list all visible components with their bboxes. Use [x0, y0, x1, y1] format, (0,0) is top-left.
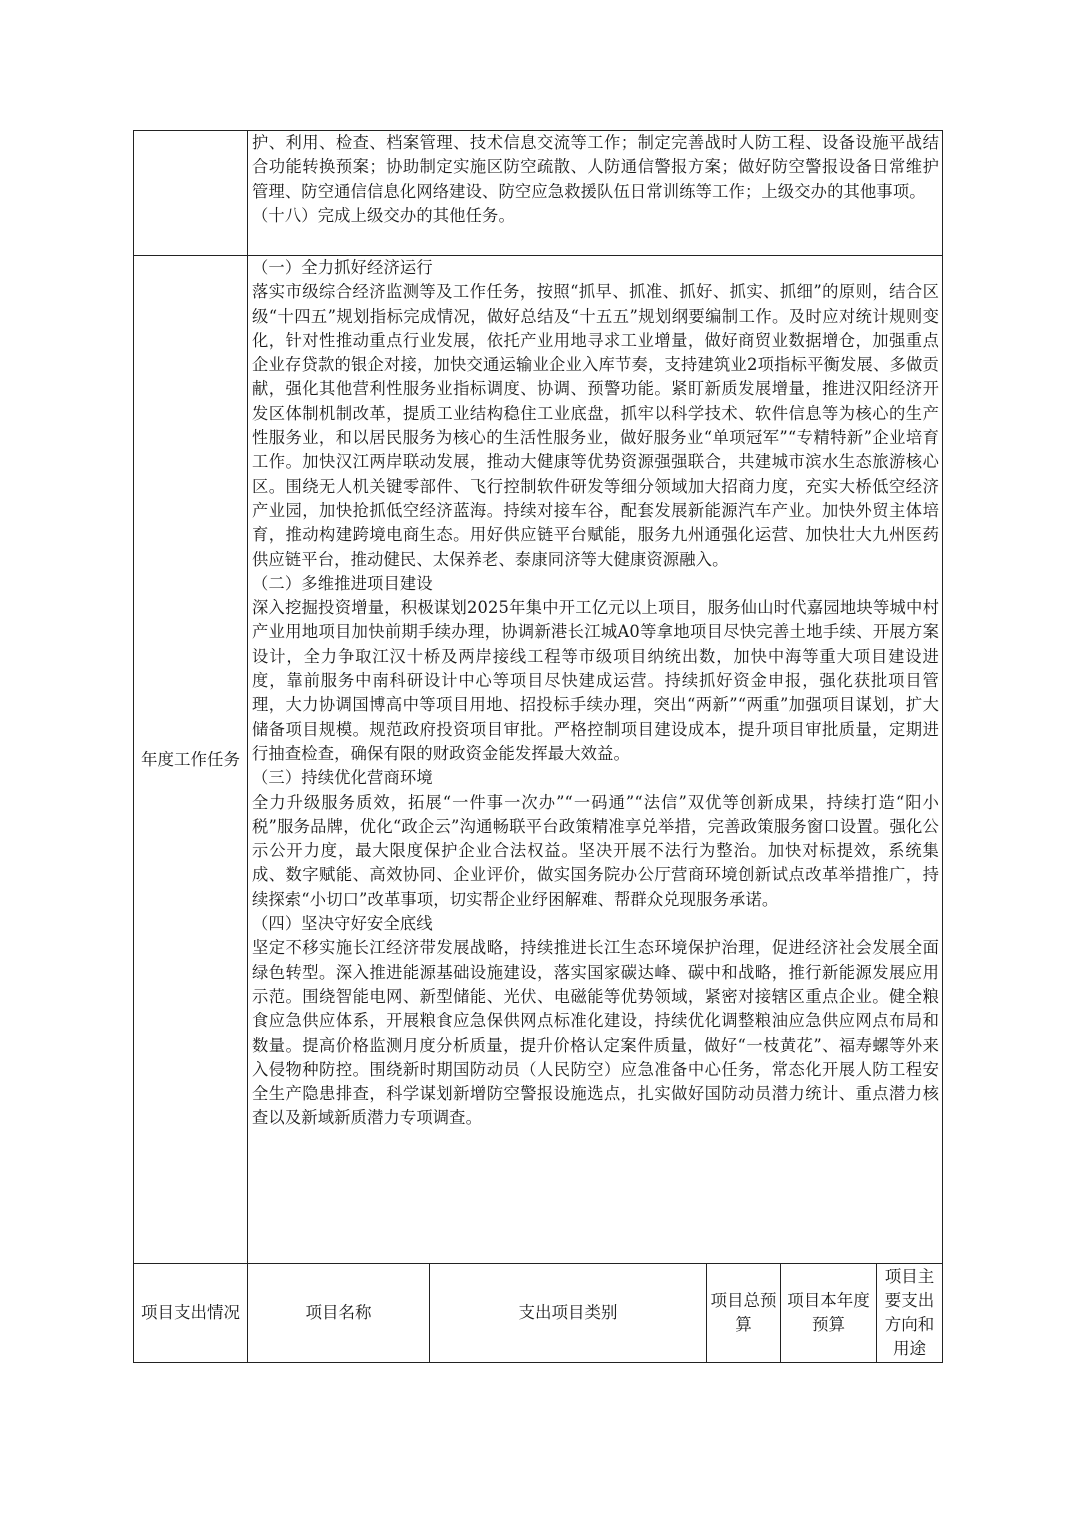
continued-duties-content: 护、利用、检查、档案管理、技术信息交流等工作；制定完善战时人防工程、设备设施平战… — [248, 131, 943, 256]
column-header-expense-category: 支出项目类别 — [430, 1264, 707, 1363]
annual-tasks-row: 年度工作任务 （一）全力抓好经济运行 落实市级综合经济监测等及工作任务，按照“抓… — [134, 256, 943, 1264]
duties-paragraph: 护、利用、检查、档案管理、技术信息交流等工作；制定完善战时人防工程、设备设施平战… — [252, 131, 939, 204]
continued-duties-row: 护、利用、检查、档案管理、技术信息交流等工作；制定完善战时人防工程、设备设施平战… — [134, 131, 943, 256]
task-section-body: 深入挖掘投资增量，积极谋划2025年集中开工亿元以上项目，服务仙山时代嘉园地块等… — [252, 596, 939, 766]
duties-item-18: （十八）完成上级交办的其他任务。 — [252, 204, 939, 228]
expense-header-row: 项目支出情况 项目名称 支出项目类别 项目总预算 项目本年度预算 项目主要支出方… — [134, 1264, 943, 1363]
expense-section-label: 项目支出情况 — [134, 1264, 248, 1363]
annual-tasks-label: 年度工作任务 — [134, 256, 248, 1264]
task-section-body: 落实市级综合经济监测等及工作任务，按照“抓早、抓准、抓好、抓实、抓细”的原则，结… — [252, 280, 939, 572]
task-section-title: （一）全力抓好经济运行 — [252, 256, 939, 280]
task-section-title: （四）坚决守好安全底线 — [252, 912, 939, 936]
annual-tasks-content: （一）全力抓好经济运行 落实市级综合经济监测等及工作任务，按照“抓早、抓准、抓好… — [248, 256, 943, 1264]
column-header-project-name: 项目名称 — [248, 1264, 430, 1363]
task-section-title: （二）多维推进项目建设 — [252, 572, 939, 596]
task-section-title: （三）持续优化营商环境 — [252, 766, 939, 790]
budget-table: 护、利用、检查、档案管理、技术信息交流等工作；制定完善战时人防工程、设备设施平战… — [133, 130, 943, 1363]
task-section-body: 坚定不移实施长江经济带发展战略，持续推进长江生态环境保护治理，促进经济社会发展全… — [252, 936, 939, 1130]
task-section-body: 全力升级服务质效，拓展“一件事一次办”“一码通”“法信”双优等创新成果，持续打造… — [252, 791, 939, 912]
column-header-total-budget: 项目总预算 — [707, 1264, 781, 1363]
column-header-annual-budget: 项目本年度预算 — [781, 1264, 877, 1363]
document-page: 护、利用、检查、档案管理、技术信息交流等工作；制定完善战时人防工程、设备设施平战… — [0, 0, 1074, 1520]
continued-duties-label — [134, 131, 248, 256]
column-header-main-use: 项目主要支出方向和用途 — [877, 1264, 943, 1363]
